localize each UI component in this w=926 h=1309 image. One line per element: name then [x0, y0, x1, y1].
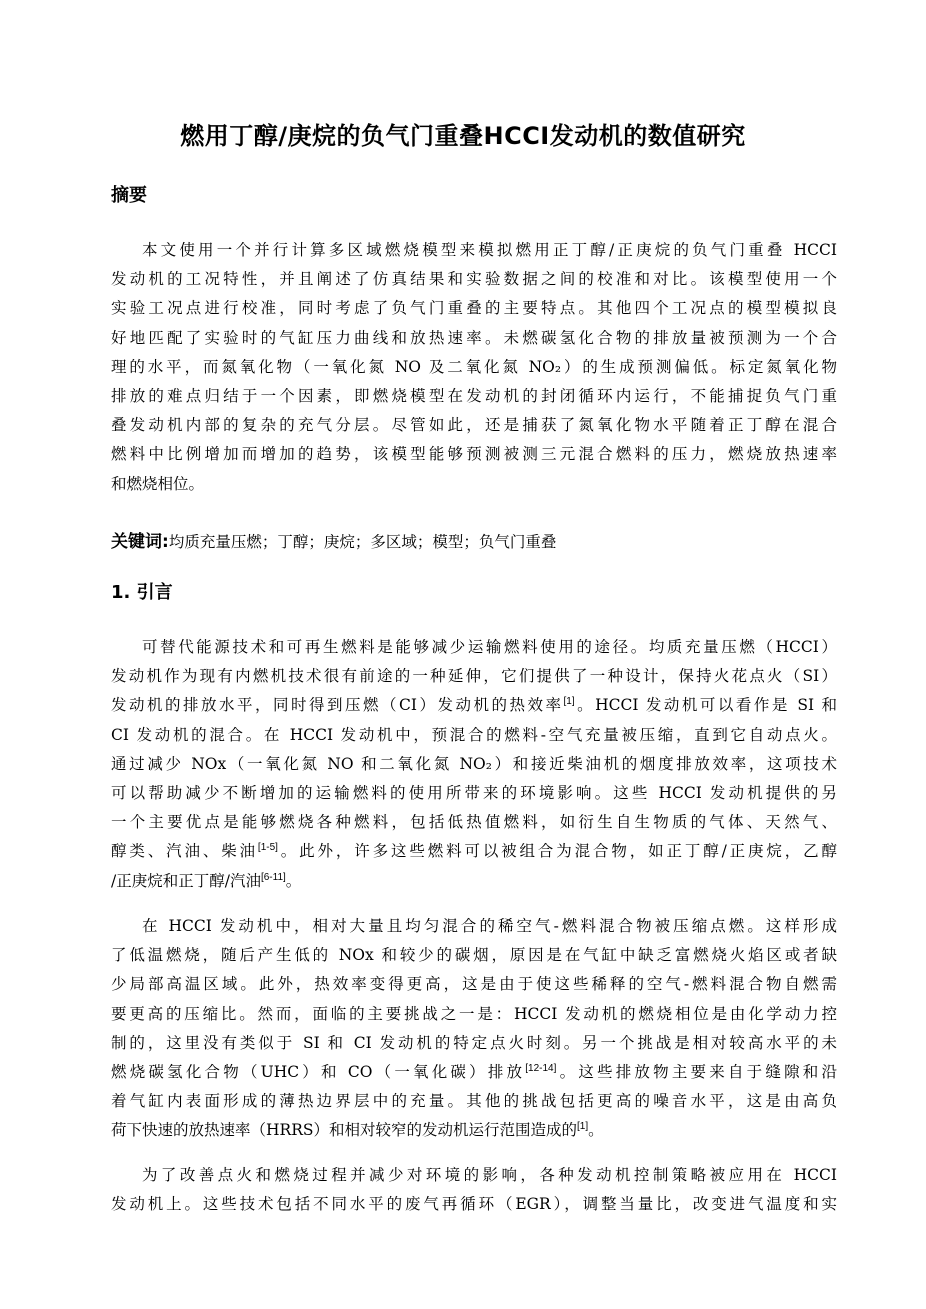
text-line: 燃料中比例增加而增加的趋势，该模型能够预测被测三元混合燃料的压力，燃烧放热速率: [111, 440, 837, 469]
text-line: 排放的难点归结于一个因素，即燃烧模型在发动机的封闭循环内运行，不能捕捉负气门重: [111, 382, 837, 411]
text-line: 发动机上。这些技术包括不同水平的废气再循环（EGR），调整当量比，改变进气温度和…: [111, 1190, 837, 1219]
intro-paragraph-3: 为了改善点火和燃烧过程并减少对环境的影响，各种发动机控制策略被应用在 HCCI …: [111, 1161, 837, 1219]
text-line: 制的，这里没有类似于 SI 和 CI 发动机的特定点火时刻。另一个挑战是相对较高…: [111, 1029, 837, 1058]
paper-title: 燃用丁醇/庚烷的负气门重叠HCCI发动机的数值研究: [0, 116, 926, 156]
text-line: 在 HCCI 发动机中，相对大量且均匀混合的稀空气-燃料混合物被压缩点燃。这样形…: [111, 912, 837, 941]
text-line: 好地匹配了实验时的气缸压力曲线和放热速率。未燃碳氢化合物的排放量被预测为一个合: [111, 324, 837, 353]
text-line: 可替代能源技术和可再生燃料是能够减少运输燃料使用的途径。均质充量压燃（HCCI）: [111, 633, 837, 662]
intro-paragraph-1: 可替代能源技术和可再生燃料是能够减少运输燃料使用的途径。均质充量压燃（HCCI）…: [111, 633, 837, 896]
text-line: 为了改善点火和燃烧过程并减少对环境的影响，各种发动机控制策略被应用在 HCCI: [111, 1161, 837, 1190]
abstract-heading: 摘要: [111, 183, 147, 209]
text-line: 和燃烧相位。: [111, 470, 837, 499]
citation: [12-14]: [525, 1063, 556, 1074]
text-line: 燃烧碳氢化合物（UHC）和 CO（一氧化碳）排放[12-14]。这些排放物主要来…: [111, 1058, 837, 1087]
text-line: 可以帮助减少不断增加的运输燃料的使用所带来的环境影响。这些 HCCI 发动机提供…: [111, 779, 837, 808]
keywords-label: 关键词:: [111, 532, 169, 552]
text-line: 一个主要优点是能够燃烧各种燃料，包括低热值燃料，如衍生自生物质的气体、天然气、: [111, 808, 837, 837]
citation: [1]: [577, 1121, 588, 1132]
text-line: 发动机的排放水平，同时得到压燃（CI）发动机的热效率[1]。HCCI 发动机可以…: [111, 691, 837, 720]
text-line: 着气缸内表面形成的薄热边界层中的充量。其他的挑战包括更高的噪音水平，这是由高负: [111, 1087, 837, 1116]
text-line: /正庚烷和正丁醇/汽油[6-11]。: [111, 867, 837, 896]
text-line: 少局部高温区域。此外，热效率变得更高，这是由于使这些稀释的空气-燃料混合物自燃需: [111, 970, 837, 999]
text-line: 醇类、汽油、柴油[1-5]。此外，许多这些燃料可以被组合为混合物，如正丁醇/正庚…: [111, 837, 837, 866]
intro-paragraph-2: 在 HCCI 发动机中，相对大量且均匀混合的稀空气-燃料混合物被压缩点燃。这样形…: [111, 912, 837, 1146]
text-line: 叠发动机内部的复杂的充气分层。尽管如此，还是捕获了氮氧化物水平随着正丁醇在混合: [111, 411, 837, 440]
text-line: 发动机作为现有内燃机技术很有前途的一种延伸，它们提供了一种设计，保持火花点火（S…: [111, 662, 837, 691]
citation: [1-5]: [258, 842, 278, 853]
text-line: CI 发动机的混合。在 HCCI 发动机中，预混合的燃料-空气充量被压缩，直到它…: [111, 721, 837, 750]
citation: [6-11]: [261, 871, 286, 882]
text-line: 理的水平，而氮氧化物（一氧化氮 NO 及二氧化氮 NO₂）的生成预测偏低。标定氮…: [111, 353, 837, 382]
text-line: 荷下快速的放热速率（HRRS）和相对较窄的发动机运行范围造成的[1]。: [111, 1116, 837, 1145]
text-line: 了低温燃烧，随后产生低的 NOx 和较少的碳烟，原因是在气缸中缺乏富燃烧火焰区或…: [111, 941, 837, 970]
citation: [1]: [563, 696, 574, 707]
keywords: 关键词:均质充量压燃；丁醇；庚烷；多区域；模型；负气门重叠: [111, 528, 556, 556]
section-heading-introduction: 1. 引言: [111, 580, 173, 606]
text-line: 通过减少 NOx（一氧化氮 NO 和二氧化氮 NO₂）和接近柴油机的烟度排放效率…: [111, 750, 837, 779]
text-line: 要更高的压缩比。然而，面临的主要挑战之一是：HCCI 发动机的燃烧相位是由化学动…: [111, 1000, 837, 1029]
text-line: 本文使用一个并行计算多区域燃烧模型来模拟燃用正丁醇/正庚烷的负气门重叠 HCCI: [111, 236, 837, 265]
text-line: 发动机的工况特性，并且阐述了仿真结果和实验数据之间的校准和对比。该模型使用一个: [111, 265, 837, 294]
abstract-body: 本文使用一个并行计算多区域燃烧模型来模拟燃用正丁醇/正庚烷的负气门重叠 HCCI…: [111, 236, 837, 499]
paper-page: 燃用丁醇/庚烷的负气门重叠HCCI发动机的数值研究 摘要 本文使用一个并行计算多…: [0, 0, 926, 1309]
keywords-text: 均质充量压燃；丁醇；庚烷；多区域；模型；负气门重叠: [169, 533, 557, 551]
text-line: 实验工况点进行校准，同时考虑了负气门重叠的主要特点。其他四个工况点的模型模拟良: [111, 294, 837, 323]
